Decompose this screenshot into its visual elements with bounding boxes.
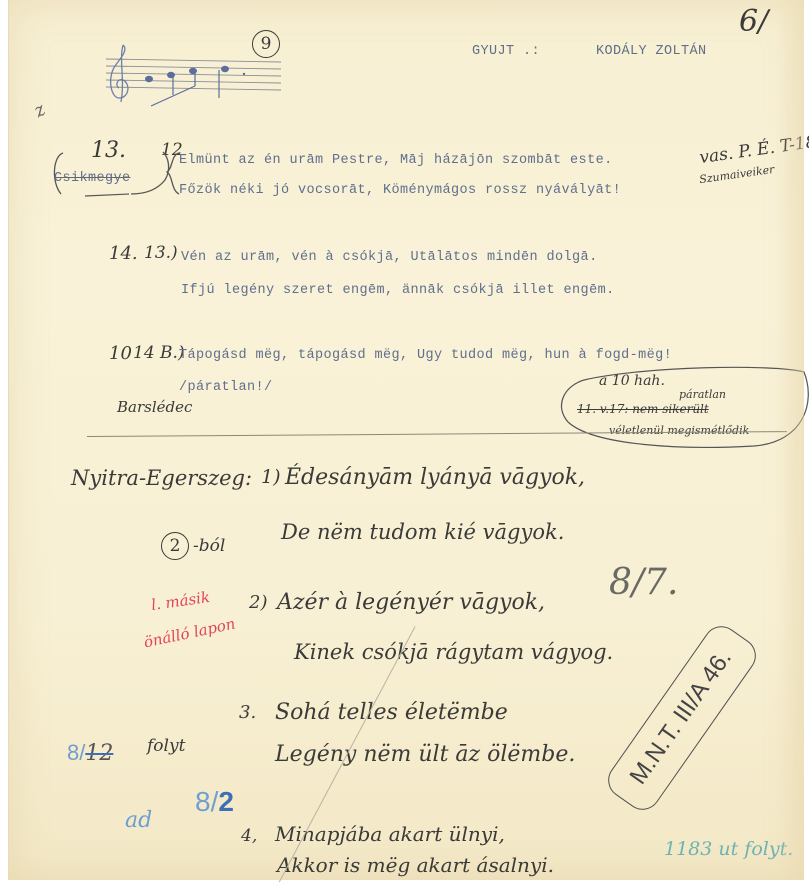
song-14-number: 14. [109, 243, 138, 264]
verse-3-line-2: Legény nëm ült āz ölëmbe. [275, 742, 575, 767]
song-13-margin-note: vas. P. É. T-18 [698, 132, 809, 168]
page-number: 6/ [739, 4, 768, 39]
verse-2-line-2: Kinek csókjā rágytam vágyog. [294, 640, 613, 664]
song-10-line-2: /páratlan!/ [179, 380, 273, 395]
collector-label: GYUJT .: [472, 44, 540, 59]
verse-1-line-2: De nëm tudom kié vāgyok. [281, 520, 564, 544]
teal-folio-note: 1183 ut folyt. [664, 838, 793, 860]
red-note-line-1: l. másik [150, 588, 211, 614]
song-13-line-1: Elmünt az én urām Pestre, Māj házājōn sz… [179, 153, 613, 168]
crossed-number: 12 [85, 741, 113, 766]
red-circled-number: 2 [161, 532, 189, 560]
red-note-line-2: önálló lapon [142, 615, 237, 652]
pencil-fraction: 8/7. [609, 562, 678, 603]
song-14-subnumber: 13.) [144, 243, 178, 263]
place-name: Nyitra-Egerszeg: [71, 466, 252, 490]
verse-3-number: 3. [239, 702, 256, 723]
verse-2-number: 2) [249, 592, 267, 613]
blue-fraction-numerator: 8/ [195, 786, 218, 817]
blue-fraction: 8/2 [195, 786, 234, 818]
circled-note-line-1: a 10 hah. [599, 373, 665, 389]
song-13-region: Csikmegye [54, 171, 131, 186]
song-10-line-1: Tápogásd mëg, tápogásd mëg, Ugy tudod më… [179, 348, 672, 363]
manuscript-page: 9 GYUJT .: KODÁLY ZOLTÁN 6/ z 13. [8, 0, 804, 880]
verse-3-line-1: Sohá telles életëmbe [275, 700, 508, 725]
verse-2-line-1: Azér à legényér vāgyok, [277, 590, 545, 615]
red-circled-suffix: -ból [193, 536, 225, 556]
verse-1-line-1: Édesányām lyányā vāgyok, [285, 465, 585, 490]
blue-fraction-denominator: 2 [218, 786, 234, 817]
circled-note-line-2: páratlan [679, 388, 726, 401]
song-10-number: 10 [109, 343, 132, 364]
verse-4-line-2: Akkor is mëg akart ásalnyi. [277, 853, 554, 877]
verse-4-number: 4, [241, 826, 257, 846]
circled-note-line-3: 11. v.17: nem sikerült [577, 402, 709, 416]
song-13-line-2: Főzök néki jó vocsorāt, Köménymágos ross… [179, 183, 621, 198]
collector-name: KODÁLY ZOLTÁN [596, 44, 707, 59]
blue-fraction-left: 8/ [67, 740, 85, 765]
song-10-subnumber: 14 B.) [133, 343, 185, 363]
song-10-left-note: Barslédec [117, 398, 192, 416]
melody-incipit-staff [101, 40, 291, 110]
circled-note-line-4: véletlenül megismétlődik [609, 424, 749, 437]
pencil-left-number: 8/12 [67, 740, 113, 766]
verse-1-number: 1) [261, 466, 281, 488]
margin-pencil-mark: z [30, 99, 49, 122]
song-14-line-1: Vén az urām, vén à csókjā, Utālātos mind… [181, 250, 598, 265]
archive-stamp-text: M.N.T. III/A 46. [603, 621, 760, 815]
red-circled-annotation: 2 -ból [161, 532, 225, 560]
pencil-left-suffix: folyt [147, 736, 185, 756]
archive-stamp: M.N.T. III/A 46. [601, 619, 763, 817]
song-14-line-2: Ifjú legény szeret engēm, ännāk csókjā i… [181, 283, 615, 298]
blue-ad-note: ad [125, 808, 152, 833]
